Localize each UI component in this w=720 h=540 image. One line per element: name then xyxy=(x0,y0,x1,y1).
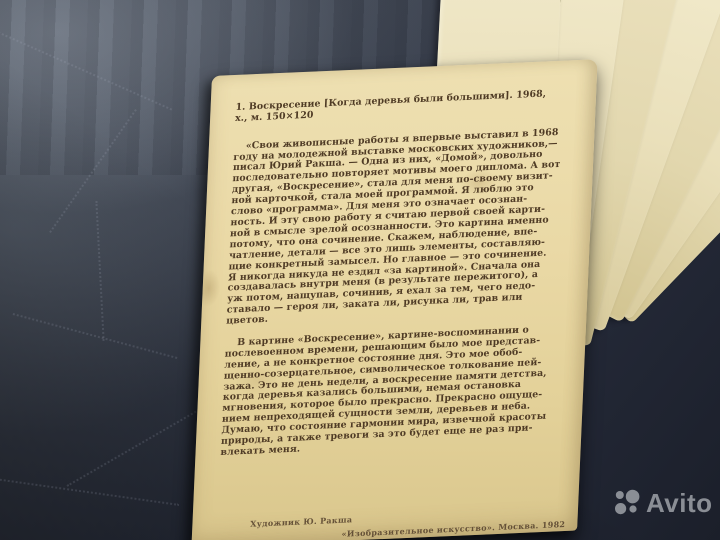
info-card: 1. Воскресение [Когда деревья были больш… xyxy=(191,59,597,540)
card-text-block: 1. Воскресение [Когда деревья были больш… xyxy=(220,77,583,470)
card-title: 1. Воскресение [Когда деревья были больш… xyxy=(235,88,583,125)
avito-watermark: Avito xyxy=(611,487,713,519)
card-paragraph-2: В картине «Воскресение», картине-воспоми… xyxy=(220,323,572,458)
avito-wordmark: Avito xyxy=(646,490,713,516)
card-paragraph-1: «Свои живописные работы я впервые выстав… xyxy=(226,127,581,328)
avito-logo-icon xyxy=(611,487,643,519)
